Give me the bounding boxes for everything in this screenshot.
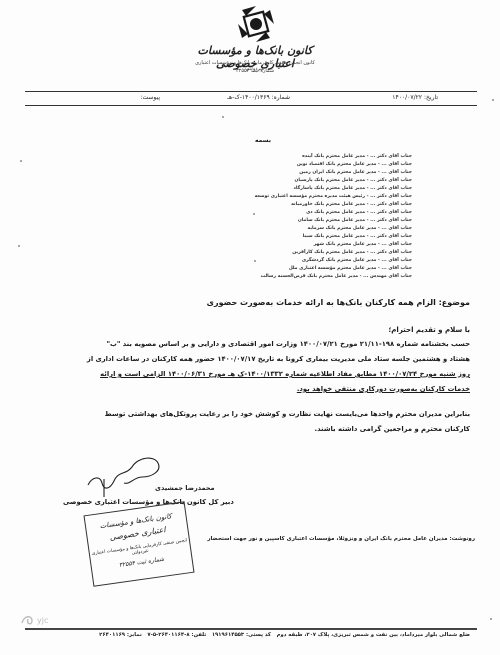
footer-fax: نمابر: ۲۶۴۰۱۱۶۹: [99, 632, 142, 638]
recipient-item: جناب آقای ... - مدیر عامل محترم بانک سرم…: [152, 225, 412, 233]
recipient-item: جناب آقای دکتر ... - مدیر عامل محترم بان…: [152, 185, 412, 193]
body-line-underlined: روز شنبه مورخ ۱۴۰۰/۰۷/۲۴ مطابق مفاد اطلا…: [30, 367, 470, 382]
body-paragraph-1: حسب بخشنامه شماره ۱۹۸-۲۱/۱۱ مورخ ۱۴۰۰/۰۷…: [30, 337, 470, 397]
signer-title: دبیر کل کانون بانک‌ها و مؤسسات اعتباری خ…: [63, 498, 234, 506]
watermark-text: yjc: [37, 616, 48, 625]
addressee-heading: بسمه: [255, 137, 271, 144]
header-divider-top: [25, 91, 477, 92]
letter-subject: موضوع: الزام همه کارکنان بانک‌ها به ارائ…: [207, 298, 470, 307]
recipient-item: جناب آقای دکتر ... - مدیر عامل محترم بان…: [152, 201, 412, 209]
body-line: هشتاد و هشتمین جلسه ستاد ملی مدیریت بیما…: [30, 352, 470, 367]
footer-contact: ضلع شمالی بلوار میرداماد، بین نفت و شمس …: [99, 632, 470, 638]
recipient-item: جناب آقای دکتر ... - مدیر عامل محترم بان…: [152, 233, 412, 241]
recipient-item: جناب آقای دکتر ... - رئیس هیئت مدیره محت…: [152, 193, 412, 201]
footer-phone: تلفن: ۸-۲۶۴۰۱۱۶۴-۵-۷: [147, 632, 206, 638]
recipient-item: جناب آقای دکتر ... - مدیر عامل محترم بان…: [152, 153, 412, 161]
recipient-item: جناب آقای ... - مدیر عامل محترم مؤسسه اع…: [152, 265, 412, 273]
scan-speck: [20, 160, 22, 162]
scan-speck: [492, 99, 494, 101]
recipient-item: جناب آقای مهندس ... - مدیر عامل محترم با…: [152, 273, 412, 281]
body-line: بنابراین مدیران محترم واحدها می‌بایست نه…: [30, 407, 470, 422]
date-value: ۱۴۰۰/۰۷/۲۲: [392, 94, 422, 101]
recipient-item: جناب آقای ... - مدیر عامل محترم بانک شهر: [152, 241, 412, 249]
footer-address: ضلع شمالی بلوار میرداماد، بین نفت و شمس …: [277, 632, 470, 638]
recipient-item: جناب آقای دکتر ... - مدیر عامل محترم بان…: [152, 177, 412, 185]
header-divider-bottom: [25, 105, 477, 106]
organization-logo-icon: [238, 6, 274, 42]
number-value: ۱۴۰۰/۱۳۶۹-ک-هـ: [227, 94, 269, 101]
scan-speck: [253, 213, 255, 215]
body-line: حسب بخشنامه شماره ۱۹۸-۲۱/۱۱ مورخ ۱۴۰۰/۰۷…: [30, 337, 470, 352]
carbon-copy-line: رونوشت: مدیران عامل محترم بانک ایران و و…: [207, 536, 475, 542]
recipient-item: جناب آقای ... - مدیر عامل محترم بانک گرد…: [152, 257, 412, 265]
scan-speck: [18, 245, 20, 247]
body-line: کارکنان محترم و مراجعین گرامی داشته باشن…: [30, 422, 470, 437]
attachment-label: پیوست:: [140, 94, 160, 101]
body-paragraph-2: بنابراین مدیران محترم واحدها می‌بایست نه…: [30, 407, 470, 437]
recipient-item: جناب آقای دکتر ... - مدیر عامل محترم بان…: [152, 217, 412, 225]
yjc-watermark-icon: yjc: [20, 613, 60, 627]
recipient-item: جناب آقای دکتر ... - مدیر عامل محترم بان…: [152, 209, 412, 217]
handwritten-signature-icon: [80, 455, 200, 500]
letter-number: شماره: ۱۴۰۰/۱۳۶۹-ک-هـ: [227, 94, 290, 101]
number-label: شماره:: [272, 94, 290, 101]
date-label: تاریخ:: [424, 94, 438, 101]
signer-name: محمدرضا جمشیدی: [155, 484, 215, 492]
body-line-underlined: خدمات کارکنان به‌صورت دورکاری منتفی خواه…: [297, 385, 470, 393]
registration-number: شماره ثبت ۳۲۵۵۴: [200, 68, 310, 74]
scan-speck: [490, 618, 492, 620]
official-stamp: کانون بانک‌ها و مؤسسات اعتباری خصوصی انج…: [83, 501, 194, 586]
recipient-list: جناب آقای دکتر ... - مدیر عامل محترم بان…: [152, 153, 412, 281]
footer-postal-code: کد پستی: ۱۹۱۹۶۱۴۵۵۳: [212, 632, 271, 638]
scan-speck: [254, 260, 256, 262]
letter-attachment: پیوست:: [140, 94, 160, 101]
letter-page: کانون بانک‌ها و مؤسسات اعتباری خصوصی کان…: [0, 0, 500, 655]
letter-date: تاریخ: ۱۴۰۰/۰۷/۲۲: [392, 94, 438, 101]
scan-speck: [222, 116, 224, 118]
recipient-item: جناب آقای ... - مدیر عامل محترم بانک اقت…: [152, 161, 412, 169]
letter-greeting: با سلام و تقدیم احترام؛: [389, 326, 471, 334]
recipient-item: جناب آقای دکتر ... - مدیر عامل محترم بان…: [152, 249, 412, 257]
recipient-item: جناب آقای ... - مدیر عامل محترم بانک ایر…: [152, 169, 412, 177]
footer-divider: [25, 628, 477, 630]
